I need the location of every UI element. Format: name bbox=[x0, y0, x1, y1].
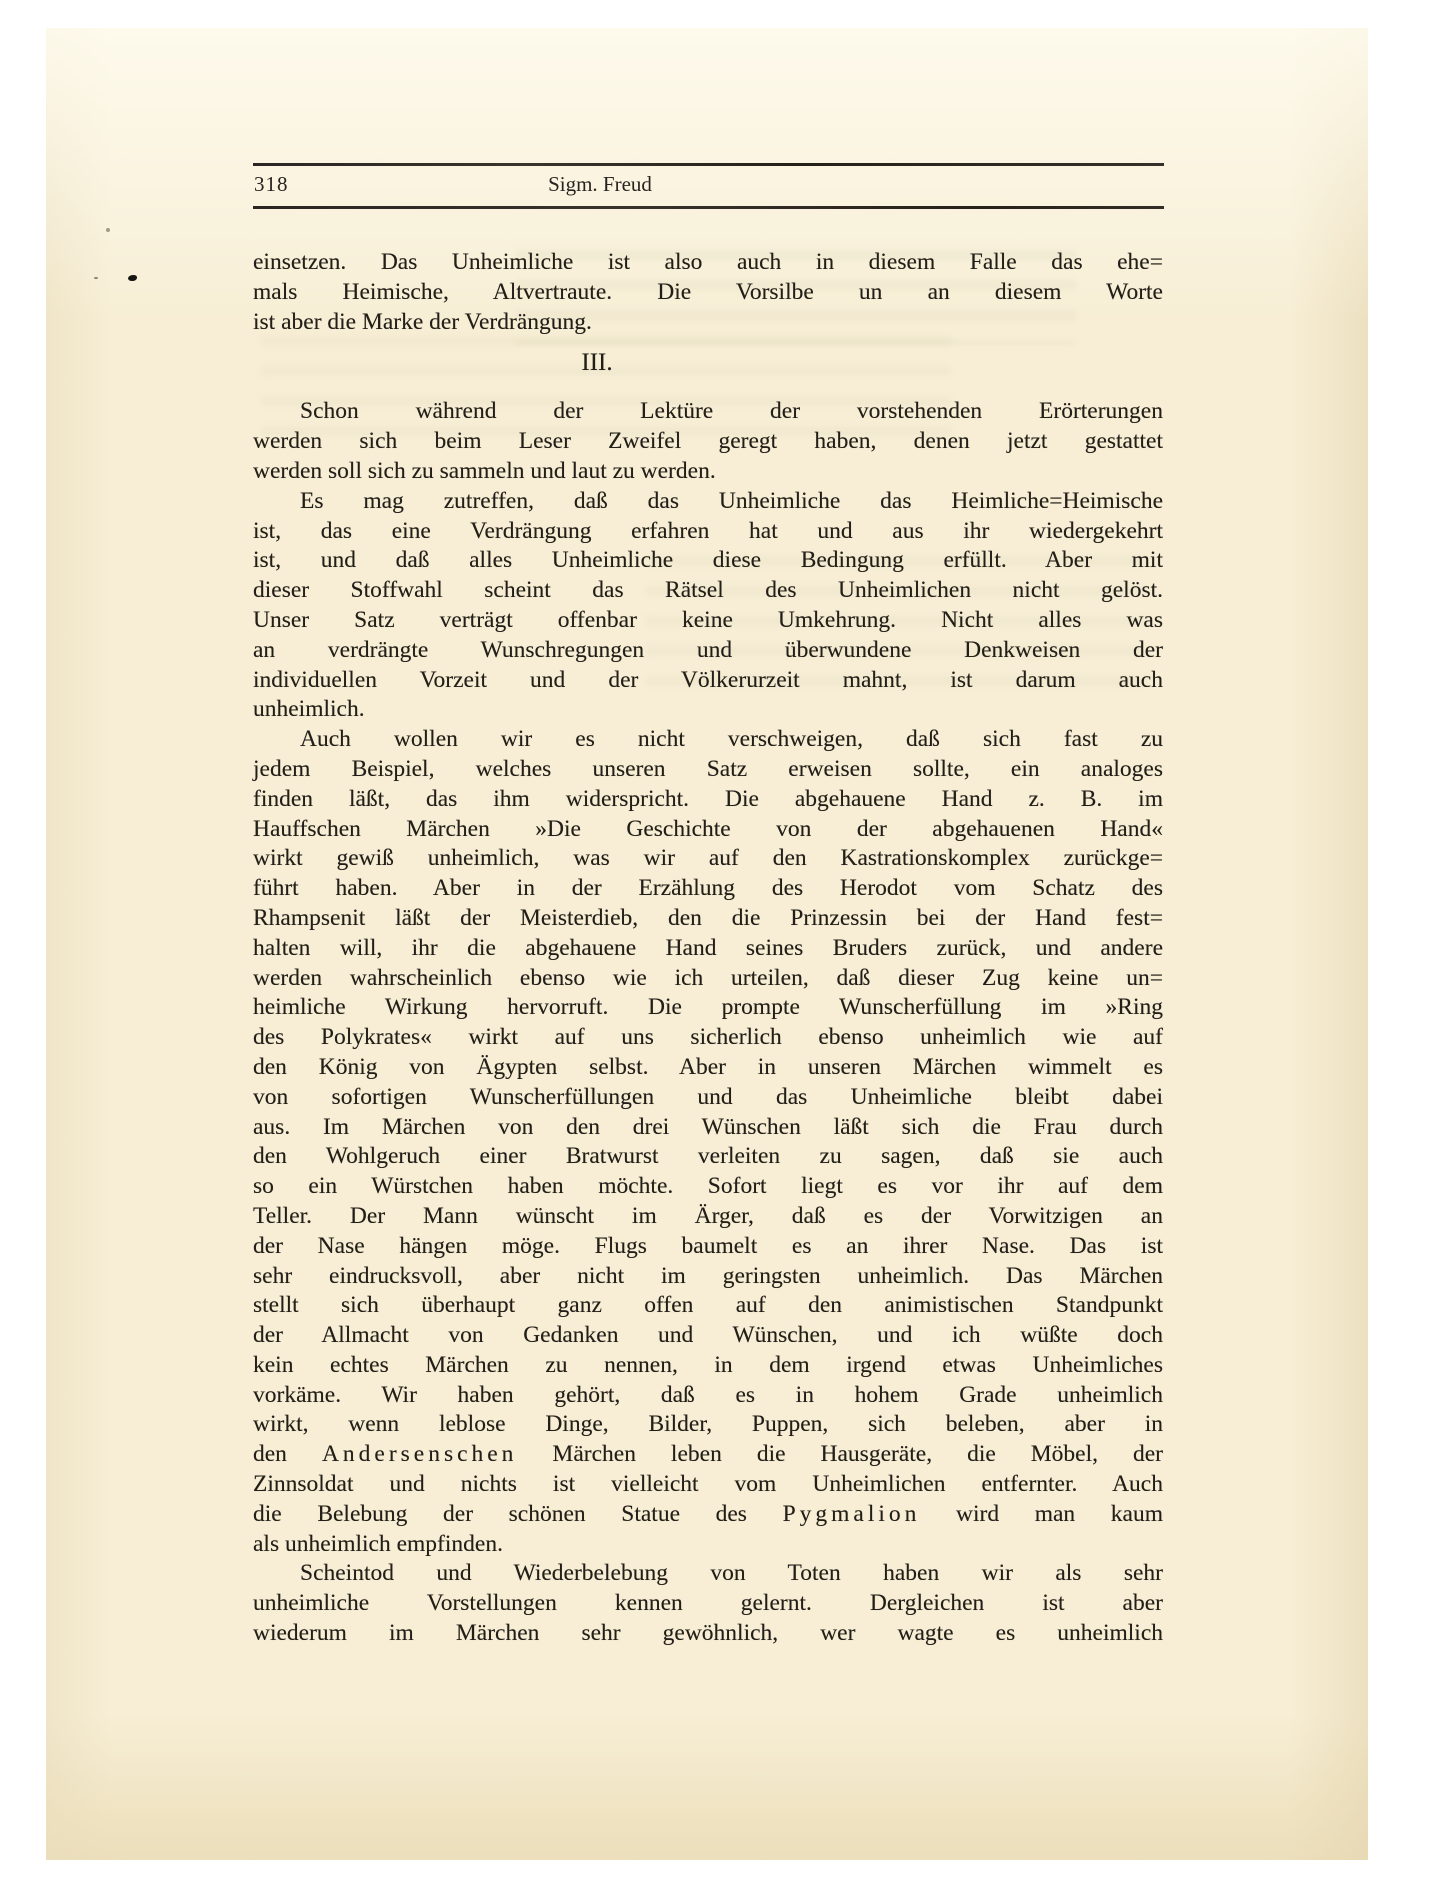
paper-speck bbox=[106, 228, 110, 232]
text-line: ist aber die Marke der Verdrängung. bbox=[253, 308, 1163, 338]
text-segment: werden soll sich zu sammeln und laut zu … bbox=[253, 458, 716, 484]
text-line: aus. Im Märchen von den drei Wünschen lä… bbox=[253, 1113, 1163, 1143]
text-line: unheimlich. bbox=[253, 695, 1163, 725]
text-line: halten will, ihr die abgehauene Hand sei… bbox=[253, 934, 1163, 964]
text-line: heimliche Wirkung hervorruft. Die prompt… bbox=[253, 993, 1163, 1023]
text-line: jedem Beispiel, welches unseren Satz erw… bbox=[253, 755, 1163, 785]
text-segment: an verdrängte Wunschregungen und überwun… bbox=[253, 637, 1163, 663]
text-line: dieser Stoffwahl scheint das Rätsel des … bbox=[253, 576, 1163, 606]
paragraph: Scheintod und Wiederbelebung von Toten h… bbox=[253, 1559, 1163, 1648]
text-segment: Teller. Der Mann wünscht im Ärger, daß e… bbox=[253, 1203, 1163, 1229]
text-segment: des Polykrates« wirkt auf uns sicherlich… bbox=[253, 1024, 1163, 1050]
text-segment: Hauffschen Märchen »Die Geschichte von d… bbox=[253, 816, 1163, 842]
paragraph: einsetzen. Das Unheimliche ist also auch… bbox=[253, 248, 1163, 337]
book-page: 318 Sigm. Freud einsetzen. Das Unheimlic… bbox=[46, 28, 1368, 1860]
text-segment: Rhampsenit läßt der Meisterdieb, den die… bbox=[253, 905, 1163, 931]
letterspaced-word: Andersenschen bbox=[322, 1441, 518, 1467]
text-line: so ein Würstchen haben möchte. Sofort li… bbox=[253, 1172, 1163, 1202]
text-segment: unheimlich. bbox=[253, 696, 365, 722]
body-text: einsetzen. Das Unheimliche ist also auch… bbox=[253, 248, 1163, 1649]
paper-speck bbox=[94, 277, 98, 279]
text-segment: dieser Stoffwahl scheint das Rätsel des … bbox=[253, 577, 1163, 603]
paper-speck bbox=[128, 275, 137, 281]
text-segment: mals Heimische, Altvertraute. Die Vorsil… bbox=[253, 279, 1163, 305]
text-segment: individuellen Vorzeit und der Völkerurze… bbox=[253, 667, 1163, 693]
text-segment: einsetzen. Das Unheimliche ist also auch… bbox=[253, 249, 1163, 275]
text-segment: Scheintod und Wiederbelebung von Toten h… bbox=[300, 1560, 1163, 1586]
scanned-document: 318 Sigm. Freud einsetzen. Das Unheimlic… bbox=[0, 0, 1431, 1901]
text-segment: werden wahrscheinlich ebenso wie ich urt… bbox=[253, 965, 1163, 991]
text-line: werden wahrscheinlich ebenso wie ich urt… bbox=[253, 964, 1163, 994]
header-rule-bottom bbox=[253, 206, 1164, 209]
text-segment: den bbox=[253, 1441, 322, 1467]
text-line: des Polykrates« wirkt auf uns sicherlich… bbox=[253, 1023, 1163, 1053]
text-line: ist, das eine Verdrängung erfahren hat u… bbox=[253, 517, 1163, 547]
running-head: Sigm. Freud bbox=[253, 172, 947, 197]
text-line: Unser Satz verträgt offenbar keine Umkeh… bbox=[253, 606, 1163, 636]
text-line: von sofortigen Wunscherfüllungen und das… bbox=[253, 1083, 1163, 1113]
paragraph: Es mag zutreffen, daß das Unheimliche da… bbox=[253, 487, 1163, 725]
text-line: Schon während der Lektüre der vorstehend… bbox=[253, 397, 1163, 427]
text-segment: als unheimlich empfinden. bbox=[253, 1531, 503, 1557]
text-segment: finden läßt, das ihm widerspricht. Die a… bbox=[253, 786, 1163, 812]
text-segment: von sofortigen Wunscherfüllungen und das… bbox=[253, 1084, 1163, 1110]
text-line: einsetzen. Das Unheimliche ist also auch… bbox=[253, 248, 1163, 278]
text-line: stellt sich überhaupt ganz offen auf den… bbox=[253, 1291, 1163, 1321]
text-line: Zinnsoldat und nichts ist vielleicht vom… bbox=[253, 1470, 1163, 1500]
text-line: Teller. Der Mann wünscht im Ärger, daß e… bbox=[253, 1202, 1163, 1232]
text-line: sehr eindrucksvoll, aber nicht im gering… bbox=[253, 1262, 1163, 1292]
text-segment: wirkt gewiß unheimlich, was wir auf den … bbox=[253, 845, 1163, 871]
text-line: Es mag zutreffen, daß das Unheimliche da… bbox=[253, 487, 1163, 517]
text-segment: unheimliche Vorstellungen kennen gelernt… bbox=[253, 1590, 1163, 1616]
text-segment: werden sich beim Leser Zweifel geregt ha… bbox=[253, 428, 1163, 454]
text-segment: Märchen leben die Hausgeräte, die Möbel,… bbox=[517, 1441, 1163, 1467]
text-segment: der Allmacht von Gedanken und Wünschen, … bbox=[253, 1322, 1163, 1348]
text-segment: den König von Ägypten selbst. Aber in un… bbox=[253, 1054, 1163, 1080]
text-line: ist, und daß alles Unheimliche diese Bed… bbox=[253, 546, 1163, 576]
text-segment: Unser Satz verträgt offenbar keine Umkeh… bbox=[253, 607, 1163, 633]
text-line: vorkäme. Wir haben gehört, daß es in hoh… bbox=[253, 1381, 1163, 1411]
text-segment: heimliche Wirkung hervorruft. Die prompt… bbox=[253, 994, 1163, 1020]
text-segment: wird man kaum bbox=[920, 1501, 1163, 1527]
text-line: den König von Ägypten selbst. Aber in un… bbox=[253, 1053, 1163, 1083]
text-line: als unheimlich empfinden. bbox=[253, 1530, 1163, 1560]
text-segment: wirkt, wenn leblose Dinge, Bilder, Puppe… bbox=[253, 1411, 1163, 1437]
text-line: kein echtes Märchen zu nennen, in dem ir… bbox=[253, 1351, 1163, 1381]
paragraph: Auch wollen wir es nicht verschweigen, d… bbox=[253, 725, 1163, 1559]
text-segment: so ein Würstchen haben möchte. Sofort li… bbox=[253, 1173, 1163, 1199]
text-segment: ist, das eine Verdrängung erfahren hat u… bbox=[253, 518, 1163, 544]
text-line: führt haben. Aber in der Erzählung des H… bbox=[253, 874, 1163, 904]
text-segment: den Wohlgeruch einer Bratwurst verleiten… bbox=[253, 1143, 1163, 1169]
text-segment: stellt sich überhaupt ganz offen auf den… bbox=[253, 1292, 1163, 1318]
text-line: Hauffschen Märchen »Die Geschichte von d… bbox=[253, 815, 1163, 845]
paragraph: Schon während der Lektüre der vorstehend… bbox=[253, 397, 1163, 486]
text-line: finden läßt, das ihm widerspricht. Die a… bbox=[253, 785, 1163, 815]
text-line: der Allmacht von Gedanken und Wünschen, … bbox=[253, 1321, 1163, 1351]
text-segment: Zinnsoldat und nichts ist vielleicht vom… bbox=[253, 1471, 1163, 1497]
text-line: die Belebung der schönen Statue des Pygm… bbox=[253, 1500, 1163, 1530]
section-heading: III. bbox=[253, 348, 941, 378]
text-segment: vorkäme. Wir haben gehört, daß es in hoh… bbox=[253, 1382, 1163, 1408]
text-segment: Schon während der Lektüre der vorstehend… bbox=[300, 398, 1163, 424]
text-line: an verdrängte Wunschregungen und überwun… bbox=[253, 636, 1163, 666]
text-line: Scheintod und Wiederbelebung von Toten h… bbox=[253, 1559, 1163, 1589]
text-line: Auch wollen wir es nicht verschweigen, d… bbox=[253, 725, 1163, 755]
text-segment: Auch wollen wir es nicht verschweigen, d… bbox=[300, 726, 1163, 752]
text-segment: der Nase hängen möge. Flugs baumelt es a… bbox=[253, 1233, 1163, 1259]
text-segment: ist, und daß alles Unheimliche diese Bed… bbox=[253, 547, 1163, 573]
text-line: Rhampsenit läßt der Meisterdieb, den die… bbox=[253, 904, 1163, 934]
letterspaced-word: Pygmalion bbox=[783, 1501, 921, 1527]
text-line: wirkt, wenn leblose Dinge, Bilder, Puppe… bbox=[253, 1410, 1163, 1440]
text-line: wirkt gewiß unheimlich, was wir auf den … bbox=[253, 844, 1163, 874]
text-segment: sehr eindrucksvoll, aber nicht im gering… bbox=[253, 1263, 1163, 1289]
text-line: der Nase hängen möge. Flugs baumelt es a… bbox=[253, 1232, 1163, 1262]
text-line: werden sich beim Leser Zweifel geregt ha… bbox=[253, 427, 1163, 457]
header-rule-top bbox=[253, 163, 1164, 166]
text-line: wiederum im Märchen sehr gewöhnlich, wer… bbox=[253, 1619, 1163, 1649]
text-line: mals Heimische, Altvertraute. Die Vorsil… bbox=[253, 278, 1163, 308]
text-segment: ist aber die Marke der Verdrängung. bbox=[253, 309, 592, 335]
text-segment: aus. Im Märchen von den drei Wünschen lä… bbox=[253, 1114, 1163, 1140]
text-line: unheimliche Vorstellungen kennen gelernt… bbox=[253, 1589, 1163, 1619]
text-segment: führt haben. Aber in der Erzählung des H… bbox=[253, 875, 1163, 901]
text-segment: Es mag zutreffen, daß das Unheimliche da… bbox=[300, 488, 1163, 514]
text-segment: jedem Beispiel, welches unseren Satz erw… bbox=[253, 756, 1163, 782]
text-line: individuellen Vorzeit und der Völkerurze… bbox=[253, 666, 1163, 696]
text-segment: halten will, ihr die abgehauene Hand sei… bbox=[253, 935, 1163, 961]
text-line: den Wohlgeruch einer Bratwurst verleiten… bbox=[253, 1142, 1163, 1172]
text-segment: kein echtes Märchen zu nennen, in dem ir… bbox=[253, 1352, 1163, 1378]
text-line: werden soll sich zu sammeln und laut zu … bbox=[253, 457, 1163, 487]
text-segment: die Belebung der schönen Statue des bbox=[253, 1501, 783, 1527]
text-segment: wiederum im Märchen sehr gewöhnlich, wer… bbox=[253, 1620, 1163, 1646]
page-header: 318 Sigm. Freud bbox=[253, 172, 1164, 200]
text-line: den Andersenschen Märchen leben die Haus… bbox=[253, 1440, 1163, 1470]
